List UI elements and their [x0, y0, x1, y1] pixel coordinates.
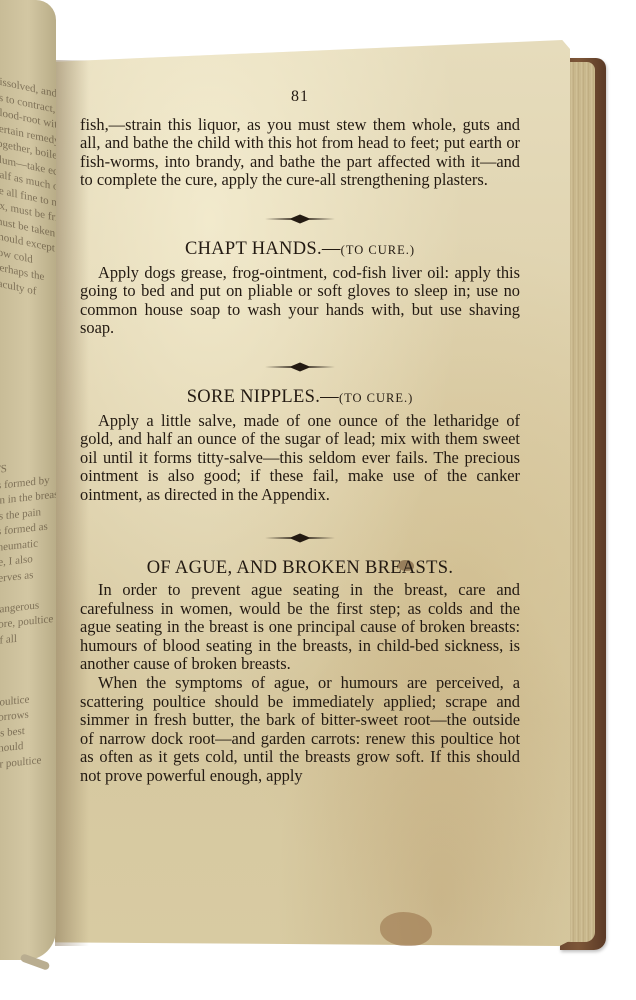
section-heading-chapt-hands: CHAPT HANDS.—(TO CURE.) — [80, 240, 520, 260]
heading-title: SORE NIPPLES.— — [187, 387, 339, 407]
section-divider-ornament — [80, 212, 520, 226]
heading-subtitle: (TO CURE.) — [341, 243, 415, 257]
section-divider-ornament — [80, 531, 520, 545]
section-heading-sore-nipples: SORE NIPPLES.—(TO CURE.) — [80, 388, 520, 408]
left-page-text-lower: TSis formed byon in the breastas the pai… — [0, 457, 54, 773]
heading-subtitle: (TO CURE.) — [339, 391, 413, 405]
left-page-curl: dissolved, and usedes to contract, &cblo… — [0, 0, 56, 960]
water-stain — [380, 912, 432, 946]
section-heading-ague-broken-breasts: OF AGUE, AND BROKEN BREASTS. — [80, 559, 520, 578]
section-paragraph: Apply a little salve, made of one ounce … — [80, 412, 520, 505]
heading-title: CHAPT HANDS.— — [185, 239, 341, 259]
page-number: 81 — [80, 88, 520, 107]
page-content: 81 fish,—strain this liquor, as you must… — [80, 88, 520, 786]
section-paragraph: Apply dogs grease, frog-ointment, cod-fi… — [80, 264, 520, 338]
heading-title: OF AGUE, AND BROKEN BREASTS. — [147, 558, 454, 578]
section-paragraph: When the symptoms of ague, or humours ar… — [80, 674, 520, 786]
left-page-text-upper: dissolved, and usedes to contract, &cblo… — [0, 74, 54, 304]
section-divider-ornament — [80, 360, 520, 374]
section-paragraph: In order to prevent ague seating in the … — [80, 581, 520, 674]
continuation-paragraph: fish,—strain this liquor, as you must st… — [80, 116, 520, 190]
book-photo: dissolved, and usedes to contract, &cblo… — [0, 0, 636, 1000]
